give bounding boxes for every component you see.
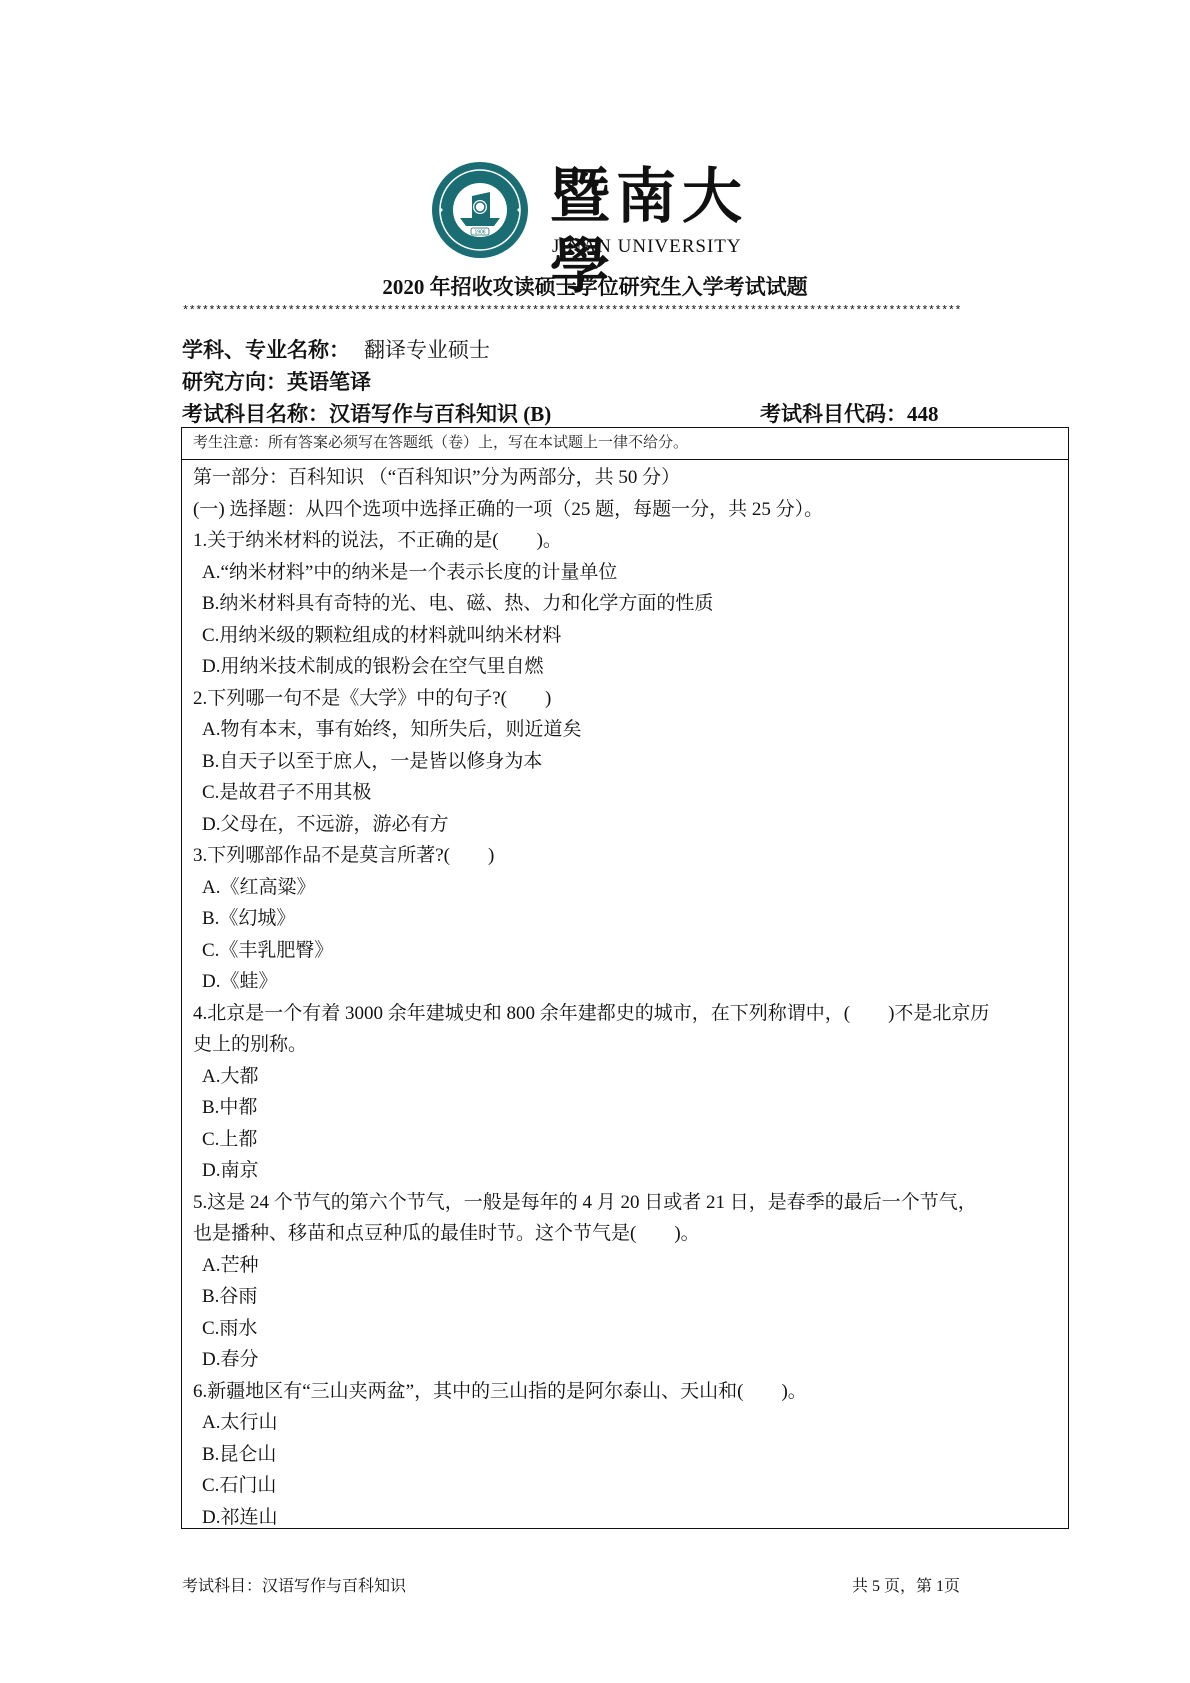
subject-value: 汉语写作与百科知识 (B) xyxy=(329,402,551,426)
option: B.纳米材料具有奇特的光、电、磁、热、力和化学方面的性质 xyxy=(193,588,1068,620)
question-stem: 1.关于纳米材料的说法，不正确的是( )。 xyxy=(193,525,1068,557)
exam-title: 2020 年招收攻读硕士学位研究生入学考试试题 xyxy=(0,271,1190,301)
option: D.父母在，不远游，游必有方 xyxy=(193,809,1068,841)
code-label: 考试科目代码： xyxy=(760,402,907,426)
subject-line: 考试科目名称：汉语写作与百科知识 (B) xyxy=(182,398,551,428)
code-value: 448 xyxy=(907,402,939,426)
option: B.《幻城》 xyxy=(193,903,1068,935)
major-label: 学科、专业名称： xyxy=(182,338,350,362)
option: A.太行山 xyxy=(193,1407,1068,1439)
major-value: 翻译专业硕士 xyxy=(364,338,490,362)
part-title: 第一部分：百科知识 （“百科知识”分为两部分，共 50 分） xyxy=(193,462,1068,494)
option: D.祁连山 xyxy=(193,1502,1068,1534)
option: D.《蛙》 xyxy=(193,966,1068,998)
option: C.是故君子不用其极 xyxy=(193,777,1068,809)
exam-content-box: 考生注意：所有答案必须写在答题纸（卷）上，写在本试题上一律不给分。 第一部分：百… xyxy=(181,427,1069,1529)
option: D.春分 xyxy=(193,1344,1068,1376)
separator-line: ****************************************… xyxy=(182,304,1012,318)
footer-subject: 考试科目：汉语写作与百科知识 xyxy=(182,1573,406,1596)
option: D.用纳米技术制成的银粉会在空气里自燃 xyxy=(193,651,1068,683)
university-seal-icon: 1906 xyxy=(430,160,530,260)
option: C.上都 xyxy=(193,1124,1068,1156)
option: C.《丰乳肥臀》 xyxy=(193,935,1068,967)
question-stem: 5.这是 24 个节气的第六个节气，一般是每年的 4 月 20 日或者 21 日… xyxy=(193,1187,1068,1219)
option: D.南京 xyxy=(193,1155,1068,1187)
direction-label: 研究方向： xyxy=(182,370,287,394)
option: B.自天子以至于庶人，一是皆以修身为本 xyxy=(193,746,1068,778)
question-stem: 2.下列哪一句不是《大学》中的句子?( ) xyxy=(193,683,1068,715)
option: B.昆仑山 xyxy=(193,1439,1068,1471)
question-stem-continued: 史上的别称。 xyxy=(193,1029,1068,1061)
question-stem: 3.下列哪部作品不是莫言所著?( ) xyxy=(193,840,1068,872)
question-stem: 4.北京是一个有着 3000 余年建城史和 800 余年建都史的城市，在下列称谓… xyxy=(193,998,1068,1030)
option: B.谷雨 xyxy=(193,1281,1068,1313)
major-line: 学科、专业名称：翻译专业硕士 xyxy=(182,334,490,364)
subject-code-line: 考试科目代码：448 xyxy=(760,398,939,428)
option: A.芒种 xyxy=(193,1250,1068,1282)
option: A.《红高粱》 xyxy=(193,872,1068,904)
questions-area: 第一部分：百科知识 （“百科知识”分为两部分，共 50 分） (一) 选择题：从… xyxy=(182,460,1068,1533)
section-title: (一) 选择题：从四个选项中选择正确的一项（25 题，每题一分，共 25 分）。 xyxy=(193,494,1068,526)
exam-notice: 考生注意：所有答案必须写在答题纸（卷）上，写在本试题上一律不给分。 xyxy=(182,428,1068,460)
footer-page-info: 共 5 页，第 1页 xyxy=(852,1573,960,1596)
option: C.用纳米级的颗粒组成的材料就叫纳米材料 xyxy=(193,620,1068,652)
option: A.物有本末，事有始终，知所失后，则近道矣 xyxy=(193,714,1068,746)
option: C.石门山 xyxy=(193,1470,1068,1502)
option: B.中都 xyxy=(193,1092,1068,1124)
direction-line: 研究方向：英语笔译 xyxy=(182,366,371,396)
svg-text:1906: 1906 xyxy=(474,230,485,236)
direction-value: 英语笔译 xyxy=(287,370,371,394)
subject-label: 考试科目名称： xyxy=(182,402,329,426)
option: A.大都 xyxy=(193,1061,1068,1093)
university-logo: 1906 暨南大學 JINAN UNIVERSITY xyxy=(430,160,770,260)
option: C.雨水 xyxy=(193,1313,1068,1345)
university-name-en: JINAN UNIVERSITY xyxy=(552,236,742,258)
question-stem-continued: 也是播种、移苗和点豆种瓜的最佳时节。这个节气是( )。 xyxy=(193,1218,1068,1250)
question-stem: 6.新疆地区有“三山夹两盆”，其中的三山指的是阿尔泰山、天山和( )。 xyxy=(193,1376,1068,1408)
option: A.“纳米材料”中的纳米是一个表示长度的计量单位 xyxy=(193,557,1068,589)
